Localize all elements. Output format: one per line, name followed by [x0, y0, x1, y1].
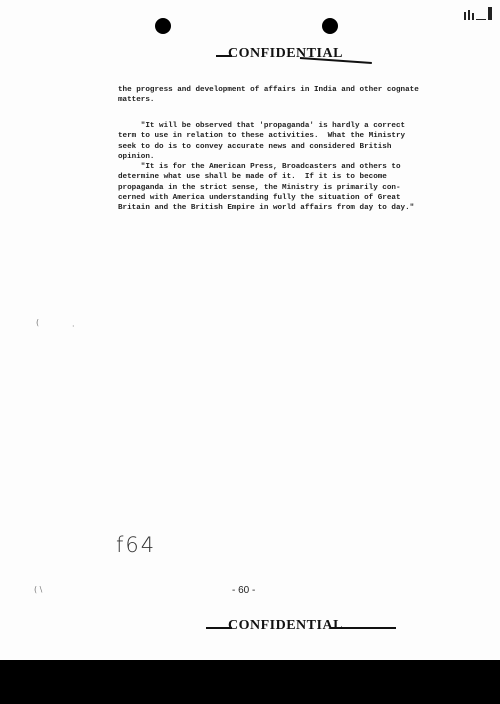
- paragraph-american-press: "It is for the American Press, Broadcast…: [118, 162, 498, 213]
- scan-speck: ( \: [34, 585, 42, 594]
- confidential-stamp-bottom: CONFIDENTIAL: [228, 618, 343, 634]
- scan-speck: (: [36, 318, 39, 327]
- punch-hole-left: [155, 18, 171, 34]
- stamp-strike-line: [216, 55, 232, 57]
- document-page: CONFIDENTIAL the progress and developmen…: [0, 0, 500, 660]
- scan-marks: [462, 6, 498, 20]
- paragraph-continuation: the progress and development of affairs …: [118, 85, 498, 106]
- handwritten-folio-number: f64: [116, 533, 156, 557]
- scan-border-bottom: [0, 660, 500, 704]
- stamp-strike-line: [206, 627, 232, 629]
- stamp-strike-line: [330, 627, 396, 629]
- paragraph-propaganda: "It will be observed that 'propaganda' i…: [118, 121, 498, 162]
- punch-hole-right: [322, 18, 338, 34]
- scan-speck: ·: [72, 322, 75, 331]
- page-number: - 60 -: [232, 585, 255, 596]
